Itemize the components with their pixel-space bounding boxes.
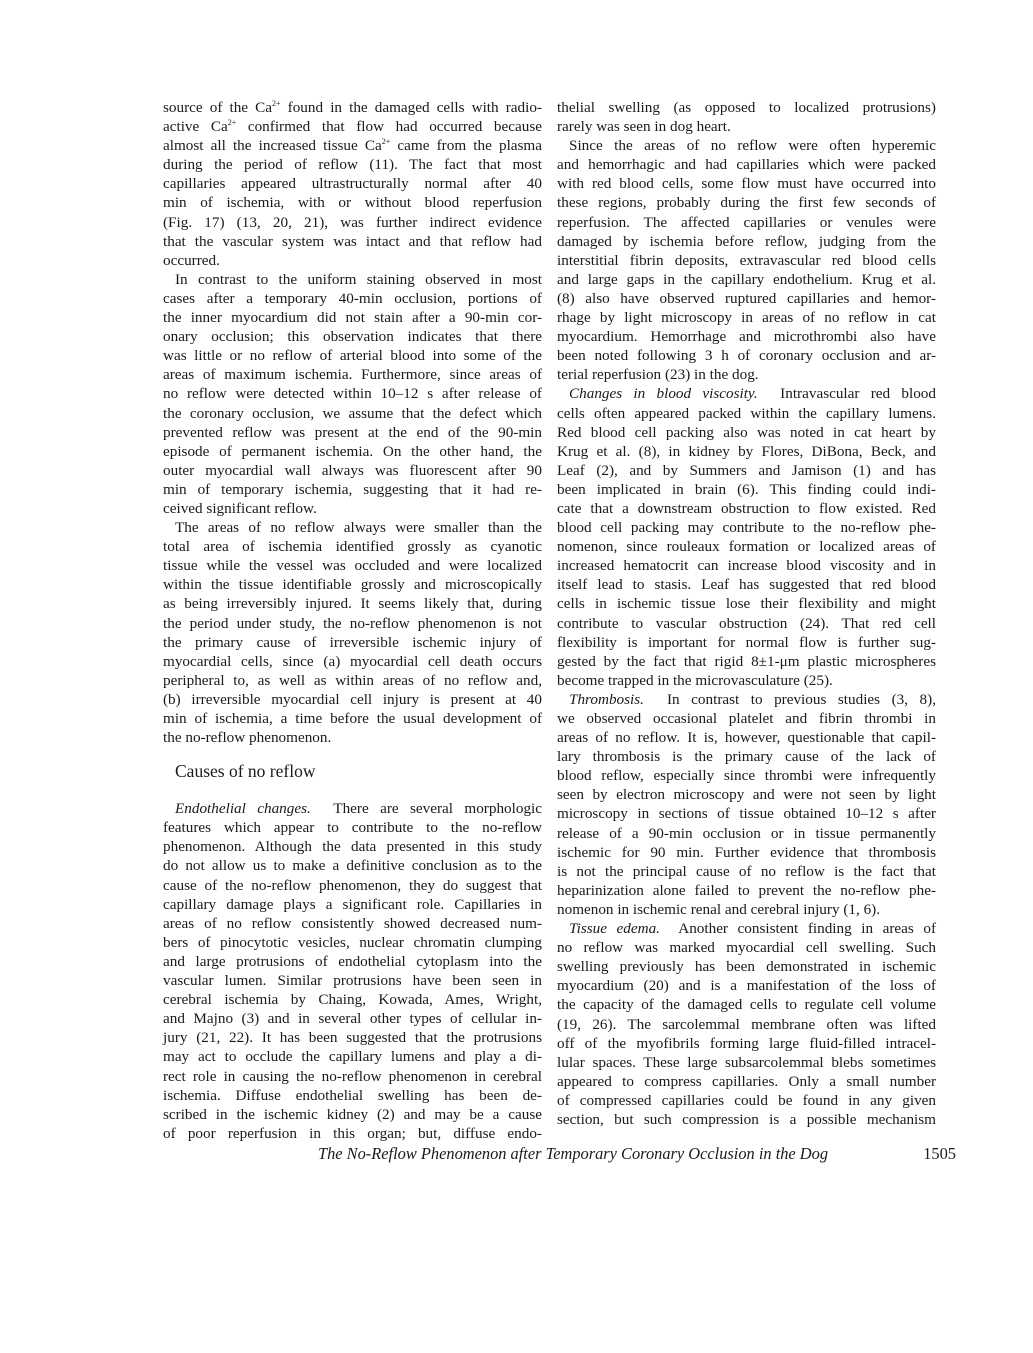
text-line: episode of permanent ischemia. On the ot… (163, 442, 542, 461)
text-line: cells often appeared packed within the c… (557, 404, 936, 423)
text-line: Changes in blood viscosity. Intravascula… (557, 384, 936, 403)
text-line: contribute to vascular obstruction (24).… (557, 614, 936, 633)
text-line: we observed occasional platelet and fibr… (557, 709, 936, 728)
text-line: cases after a temporary 40-min occlusion… (163, 289, 542, 308)
text-line: Red blood cell packing also was noted in… (557, 423, 936, 442)
text-line: rhage by light microscopy in areas of no… (557, 308, 936, 327)
text-line: ischemic for 90 min. Further evidence th… (557, 843, 936, 862)
text-line: terial reperfusion (23) in the dog. (557, 365, 936, 384)
text-line: active Ca2+ confirmed that flow had occu… (163, 117, 542, 136)
text-line: vascular lumen. Similar protrusions have… (163, 971, 542, 990)
text-line: almost all the increased tissue Ca2+ cam… (163, 136, 542, 155)
text-line: The areas of no reflow always were small… (163, 518, 542, 537)
text-line: min of temporary ischemia, suggesting th… (163, 480, 542, 499)
run-in-heading: Thrombosis. (569, 691, 644, 708)
text-line: is not the principal cause of no reflow … (557, 862, 936, 881)
text-line: outer myocardial wall always was fluores… (163, 461, 542, 480)
right-column: thelial swelling (as opposed to localize… (557, 98, 936, 1129)
text-line: as being irreversibly injured. It seems … (163, 594, 542, 613)
text-line: appeared to compress capillaries. Only a… (557, 1072, 936, 1091)
run-in-heading: Endothelial changes. (175, 800, 311, 817)
text-line: interstitial fibrin deposits, extravascu… (557, 251, 936, 270)
text-line: and large protrusions of endothelial cyt… (163, 952, 542, 971)
text-line: capillaries appeared ultrastructurally n… (163, 174, 542, 193)
text-line: damaged by ischemia before reflow, judgi… (557, 232, 936, 251)
text-line: no reflow was marked myocardial cell swe… (557, 938, 936, 957)
text-line: ceived significant reflow. (163, 499, 542, 518)
text-line: gested by the fact that rigid 8±1-μm pla… (557, 652, 936, 671)
text-line: of compressed capillaries could be found… (557, 1091, 936, 1110)
text-line: peripheral to, as well as within areas o… (163, 671, 542, 690)
text-line: Endothelial changes. There are several m… (163, 799, 542, 818)
text-line: and hemorrhagic and had capillaries whic… (557, 155, 936, 174)
text-line: blood reflow, especially since thrombi w… (557, 766, 936, 785)
text-line: flexibility is important for normal flow… (557, 633, 936, 652)
text-line: jury (21, 22). It has been suggested tha… (163, 1028, 542, 1047)
text-line: release of a 90-min occlusion or in tiss… (557, 824, 936, 843)
text-line: been noted following 3 h of coronary occ… (557, 346, 936, 365)
text-line: with red blood cells, some flow must hav… (557, 174, 936, 193)
text-line: Thrombosis. In contrast to previous stud… (557, 690, 936, 709)
text-line: cells in ischemic tissue lose their flex… (557, 594, 936, 613)
text-line: the capacity of the damaged cells to reg… (557, 995, 936, 1014)
text-line: (Fig. 17) (13, 20, 21), was further indi… (163, 213, 542, 232)
text-line: (19, 26). The sarcolemmal membrane often… (557, 1015, 936, 1034)
text-line: of poor reperfusion in this organ; but, … (163, 1124, 542, 1143)
text-line: areas of maximum ischemia. Furthermore, … (163, 365, 542, 384)
text-line: min of ischemia, a time before the usual… (163, 709, 542, 728)
text-line: cate that a downstream obstruction to fl… (557, 499, 936, 518)
page-number: 1505 (923, 1144, 956, 1164)
text-line: source of the Ca2+ found in the damaged … (163, 98, 542, 117)
text-line: the no-reflow phenomenon. (163, 728, 542, 747)
text-line: myocardium. Hemorrhage and microthrombi … (557, 327, 936, 346)
text-line: nomenon, since rouleaux formation or loc… (557, 537, 936, 556)
text-line: thelial swelling (as opposed to localize… (557, 98, 936, 117)
run-in-heading: Changes in blood viscosity. (569, 385, 758, 402)
text-line: been implicated in brain (6). This findi… (557, 480, 936, 499)
text-line: and large gaps in the capillary endothel… (557, 270, 936, 289)
text-line: rarely was seen in dog heart. (557, 117, 936, 136)
running-title: The No-Reflow Phenomenon after Temporary… (318, 1144, 828, 1164)
text-line: the period under study, the no-reflow ph… (163, 614, 542, 633)
text-line: was little or no reflow of arterial bloo… (163, 346, 542, 365)
text-line: reperfusion. The affected capillaries or… (557, 213, 936, 232)
text-line: capillary damage plays a significant rol… (163, 895, 542, 914)
left-column: source of the Ca2+ found in the damaged … (163, 98, 542, 1143)
text-line: Tissue edema. Another consistent finding… (557, 919, 936, 938)
text-line: no reflow were detected within 10–12 s a… (163, 384, 542, 403)
text-line: rect role in causing the no-reflow pheno… (163, 1067, 542, 1086)
text-line: increased hematocrit can increase blood … (557, 556, 936, 575)
text-line: the primary cause of irreversible ischem… (163, 633, 542, 652)
text-line: within the tissue identifiable grossly a… (163, 575, 542, 594)
text-line: scribed in the ischemic kidney (2) and m… (163, 1105, 542, 1124)
text-line: off of the myofibrils forming large flui… (557, 1034, 936, 1053)
run-in-heading: Tissue edema. (569, 920, 660, 937)
text-line: become trapped in the microvasculature (… (557, 671, 936, 690)
text-line: blood cell packing may contribute to the… (557, 518, 936, 537)
text-line: phenomenon. Although the data presented … (163, 837, 542, 856)
text-line: prevented reflow was present at the end … (163, 423, 542, 442)
text-line: do not allow us to make a definitive con… (163, 856, 542, 875)
text-line: may act to occlude the capillary lumens … (163, 1047, 542, 1066)
text-line: itself lead to stasis. Leaf has suggeste… (557, 575, 936, 594)
text-line: swelling previously has been demonstrate… (557, 957, 936, 976)
text-line: ischemia. Diffuse endothelial swelling h… (163, 1086, 542, 1105)
text-line: min of ischemia, with or without blood r… (163, 193, 542, 212)
text-line: total area of ischemia identified grossl… (163, 537, 542, 556)
text-line: section, but such compression is a possi… (557, 1110, 936, 1129)
text-line: microscopy in sections of tissue obtaine… (557, 804, 936, 823)
text-line: and Majno (3) and in several other types… (163, 1009, 542, 1028)
text-line: myocardium (20) and is a manifestation o… (557, 976, 936, 995)
text-line: nomenon in ischemic renal and cerebral i… (557, 900, 936, 919)
text-line: Krug et al. (8), in kidney by Flores, Di… (557, 442, 936, 461)
text-line: (b) irreversible myocardial cell injury … (163, 690, 542, 709)
text-line: lular spaces. These large subsarcolemmal… (557, 1053, 936, 1072)
text-line: areas of no reflow consistently showed d… (163, 914, 542, 933)
text-line: cause of the no-reflow phenomenon, they … (163, 876, 542, 895)
text-line: features which appear to contribute to t… (163, 818, 542, 837)
text-line: seen by electron microscopy and were not… (557, 785, 936, 804)
section-heading: Causes of no reflow (163, 760, 542, 782)
text-line: lary thrombosis is the primary cause of … (557, 747, 936, 766)
text-line: the coronary occlusion, we assume that t… (163, 404, 542, 423)
text-line: onary occlusion; this observation indica… (163, 327, 542, 346)
text-line: the inner myocardium did not stain after… (163, 308, 542, 327)
text-line: cerebral ischemia by Chaing, Kowada, Ame… (163, 990, 542, 1009)
text-line: these regions, probably during the first… (557, 193, 936, 212)
text-line: In contrast to the uniform staining obse… (163, 270, 542, 289)
text-line: that the vascular system was intact and … (163, 232, 542, 251)
text-line: Leaf (2), and by Summers and Jamison (1)… (557, 461, 936, 480)
text-line: Since the areas of no reflow were often … (557, 136, 936, 155)
text-line: tissue while the vessel was occluded and… (163, 556, 542, 575)
text-line: occurred. (163, 251, 542, 270)
text-line: during the period of reflow (11). The fa… (163, 155, 542, 174)
text-line: (8) also have observed ruptured capillar… (557, 289, 936, 308)
text-line: myocardial cells, since (a) myocardial c… (163, 652, 542, 671)
text-line: heparinization alone failed to prevent t… (557, 881, 936, 900)
text-line: bers of pinocytotic vesicles, nuclear ch… (163, 933, 542, 952)
text-line: areas of no reflow. It is, however, ques… (557, 728, 936, 747)
